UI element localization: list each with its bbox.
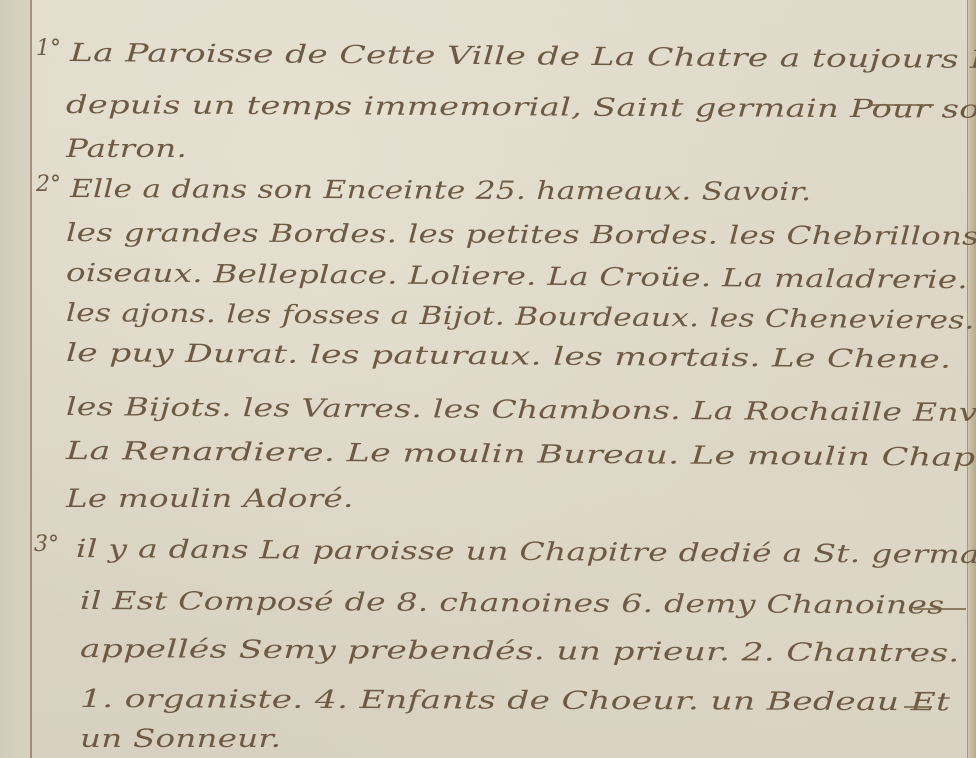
section-1-line-3: Patron. — [66, 134, 187, 163]
section-2-line-7: La Renardiere. Le moulin Bureau. Le moul… — [66, 436, 976, 472]
section-2-line-2: les grandes Bordes. les petites Bordes. … — [66, 218, 976, 251]
line-filler-dash — [914, 608, 966, 610]
section-1-line-2: depuis un temps immemorial, Saint germai… — [66, 90, 976, 124]
section-3-line-1: il y a dans La paroisse un Chapitre dedi… — [76, 534, 976, 569]
section-3-line-3: appellés Semy prebendés. un prieur. 2. C… — [80, 634, 960, 667]
section-2-line-1: Elle a dans son Enceinte 25. hameaux. Sa… — [70, 174, 812, 206]
section-3-line-2: il Est Composé de 8. chanoines 6. demy C… — [80, 586, 945, 620]
section-1-line-1: La Paroisse de Cette Ville de La Chatre … — [70, 38, 976, 76]
section-number-3: 3° — [34, 532, 59, 557]
section-number-2: 2° — [36, 172, 61, 197]
section-2-line-8: Le moulin Adoré. — [66, 484, 354, 513]
section-2-line-4: les ajons. les fosses a Bijot. Bourdeaux… — [66, 298, 975, 335]
margin-rule — [30, 0, 32, 758]
line-filler-dash — [868, 104, 934, 106]
section-3-line-4: 1. organiste. 4. Enfants de Choeur. un B… — [80, 684, 950, 716]
section-number-1: 1° — [36, 36, 61, 61]
section-3-line-5: un Sonneur. — [80, 724, 281, 753]
section-2-line-3: oiseaux. Belleplace. Loliere. La Croüe. … — [66, 258, 968, 294]
section-2-line-5: le puy Durat. les paturaux. les mortais.… — [66, 338, 952, 374]
facing-page-edge — [0, 0, 30, 758]
line-filler-dash — [904, 706, 932, 708]
manuscript-page: 1° La Paroisse de Cette Ville de La Chat… — [0, 0, 976, 758]
section-2-line-6: les Bijots. les Varres. les Chambons. La… — [66, 392, 976, 428]
